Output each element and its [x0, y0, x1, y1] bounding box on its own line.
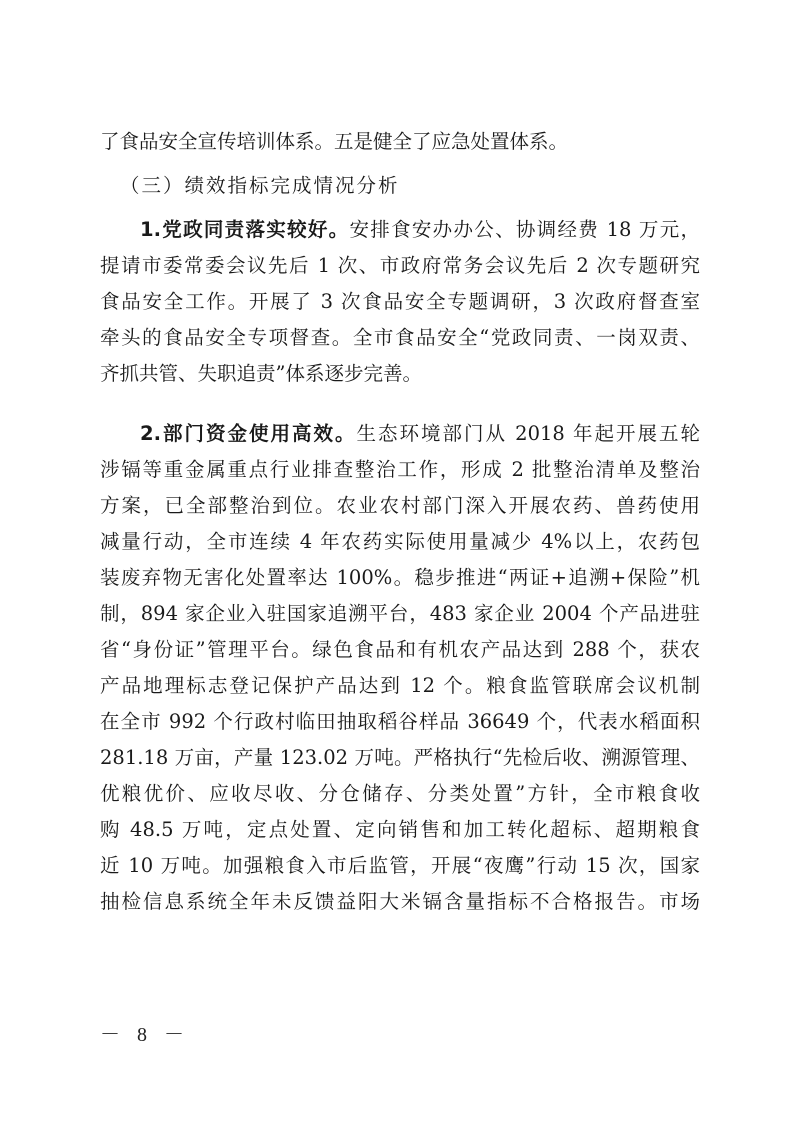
paragraph-2-first-line-text: 生态环境部门从 2018 年起开展五轮 [356, 422, 700, 445]
body-text-line: 食品安全工作。开展了 3 次食品安全专题调研，3 次政府督查室 [100, 284, 700, 320]
paragraph-1-first-line-text: 安排食安办办公、协调经费 18 万元， [349, 218, 700, 241]
body-text-line: 281.18 万亩，产量 123.02 万吨。严格执行“先检后收、溯源管理、 [100, 740, 700, 776]
paragraph-1-title: 1.党政同责落实较好。 [140, 218, 349, 241]
section-heading: （三）绩效指标完成情况分析 [120, 168, 400, 204]
body-text-line: 近 10 万吨。加强粮食入市后监管，开展“夜鹰”行动 15 次，国家 [100, 848, 700, 884]
paragraph-1-first-line: 1.党政同责落实较好。安排食安办办公、协调经费 18 万元， [140, 212, 700, 248]
paragraph-2-first-line: 2.部门资金使用高效。生态环境部门从 2018 年起开展五轮 [140, 416, 700, 452]
body-text-line: 涉镉等重金属重点行业排查整治工作，形成 2 批整治清单及整治 [100, 452, 700, 488]
body-text-line: 优粮优价、应收尽收、分仓储存、分类处置”方针，全市粮食收 [100, 776, 700, 812]
page-number: － 8 － [100, 1018, 190, 1047]
paragraph-2-title: 2.部门资金使用高效。 [140, 422, 356, 445]
body-text-line: 牵头的食品安全专项督查。全市食品安全“党政同责、一岗双责、 [100, 320, 700, 356]
body-text-line: 抽检信息系统全年未反馈益阳大米镉含量指标不合格报告。市场 [100, 884, 700, 920]
body-text-line: 齐抓共管、失职追责”体系逐步完善。 [100, 356, 700, 392]
document-page: 了食品安全宣传培训体系。五是健全了应急处置体系。 （三）绩效指标完成情况分析 1… [0, 0, 793, 1122]
body-text-line: 提请市委常委会议先后 1 次、市政府常务会议先后 2 次专题研究 [100, 248, 700, 284]
body-text-line: 省“身份证”管理平台。绿色食品和有机农产品达到 288 个，获农 [100, 632, 700, 668]
body-text-line: 装废弃物无害化处置率达 100%。稳步推进“两证+追溯+保险”机 [100, 560, 700, 596]
body-text-line: 方案，已全部整治到位。农业农村部门深入开展农药、兽药使用 [100, 488, 700, 524]
body-text-line: 在全市 992 个行政村临田抽取稻谷样品 36649 个，代表水稻面积 [100, 704, 700, 740]
body-text-line: 了食品安全宣传培训体系。五是健全了应急处置体系。 [100, 124, 700, 160]
body-text-line: 产品地理标志登记保护产品达到 12 个。粮食监管联席会议机制 [100, 668, 700, 704]
body-text-line: 制，894 家企业入驻国家追溯平台，483 家企业 2004 个产品进驻 [100, 596, 700, 632]
body-text-line: 购 48.5 万吨，定点处置、定向销售和加工转化超标、超期粮食 [100, 812, 700, 848]
body-text-line: 减量行动，全市连续 4 年农药实际使用量减少 4%以上，农药包 [100, 524, 700, 560]
